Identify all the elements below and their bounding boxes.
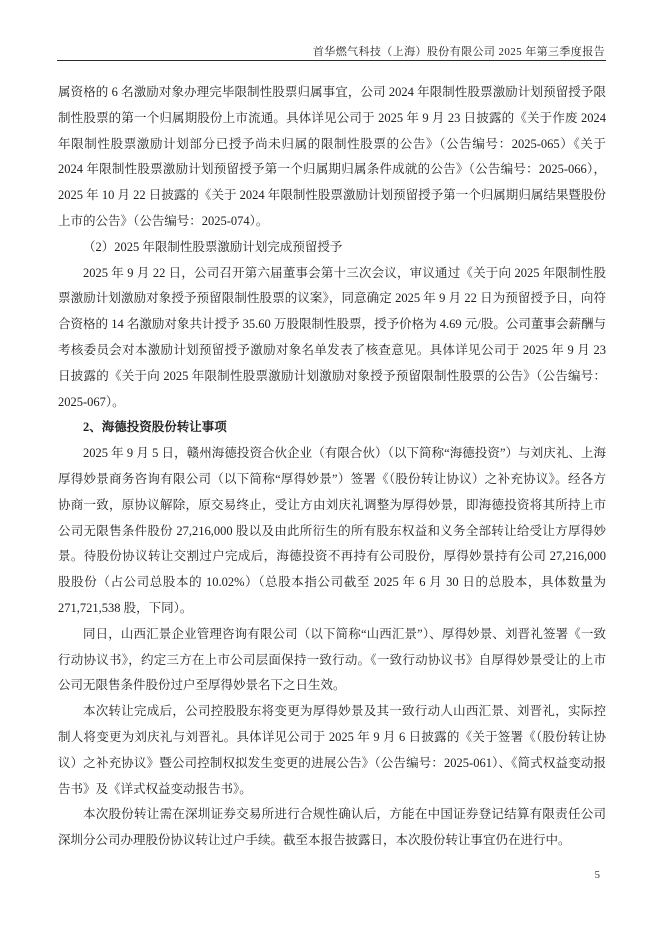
document-body: 属资格的 6 名激励对象办理完毕限制性股票归属事宜，公司 2024 年限制性股票… — [58, 80, 606, 854]
page-header-title: 首华燃气科技（上海）股份有限公司 2025 年第三季度报告 — [313, 43, 605, 59]
paragraph-2025-reserved-grant: 2025 年 9 月 22 日，公司召开第六届董事会第十三次会议，审议通过《关于… — [58, 261, 606, 416]
paragraph-control-change: 本次转让完成后，公司控股股东将变更为厚得妙景及其一致行动人山西汇景、刘晋礼，实际… — [58, 699, 606, 802]
subheading-2025-incentive-plan: （2）2025 年限制性股票激励计划完成预留授予 — [58, 235, 606, 261]
paragraph-supplementary-agreement: 2025 年 9 月 5 日，赣州海德投资合伙企业（有限合伙）（以下简称“海德投… — [58, 441, 606, 622]
paragraph-vesting-continuation: 属资格的 6 名激励对象办理完毕限制性股票归属事宜，公司 2024 年限制性股票… — [58, 80, 606, 235]
report-page: 首华燃气科技（上海）股份有限公司 2025 年第三季度报告 属资格的 6 名激励… — [0, 0, 662, 936]
section-heading-haide-share-transfer: 2、海德投资股份转让事项 — [58, 415, 606, 441]
page-number: 5 — [595, 869, 601, 881]
paragraph-transfer-status: 本次股份转让需在深圳证券交易所进行合规性确认后，方能在中国证券登记结算有限责任公… — [58, 802, 606, 854]
header-rule — [57, 60, 606, 61]
paragraph-concerted-action-agreement: 同日，山西汇景企业管理咨询有限公司（以下简称“山西汇景”）、厚得妙景、刘晋礼签署… — [58, 622, 606, 699]
